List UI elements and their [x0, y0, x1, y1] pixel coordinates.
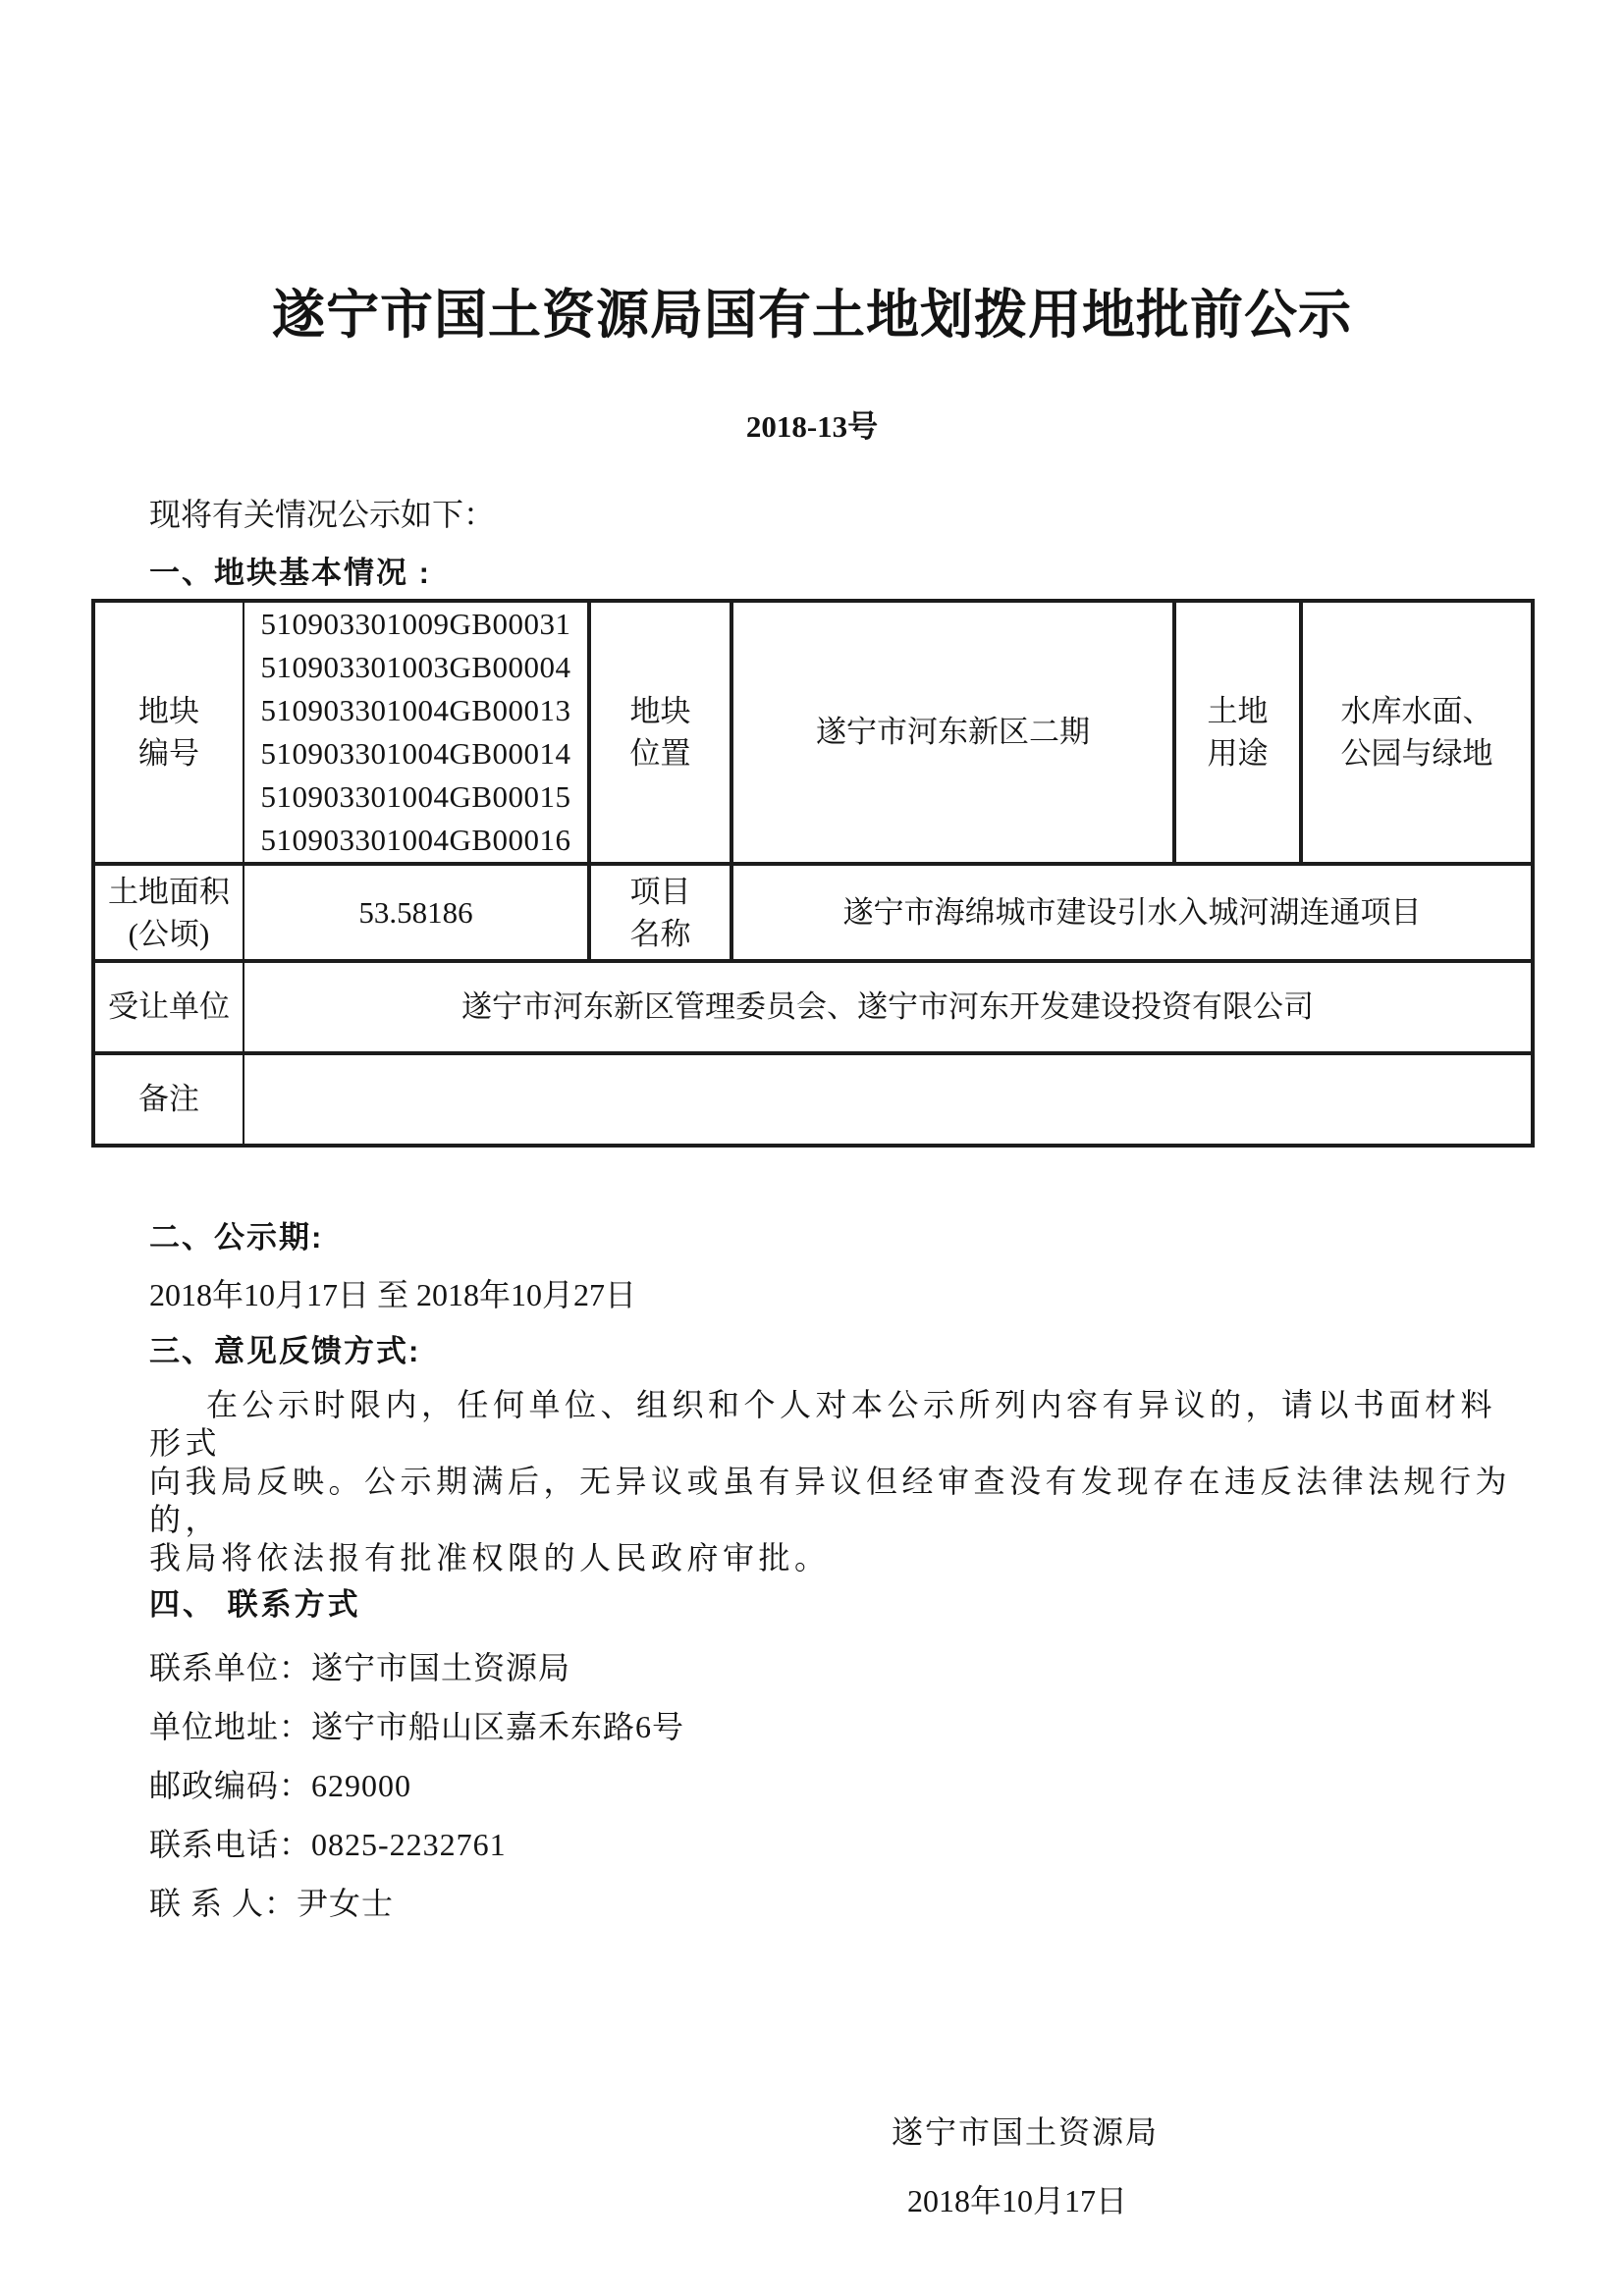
table-row-area-project: 土地面积 (公顷) 53.58186 项目 名称 遂宁市海绵城市建设引水入城河湖… [93, 864, 1533, 961]
project-name-label-line1: 项目 [597, 871, 724, 913]
plot-number-label-cell: 地块 编号 [93, 601, 244, 864]
plot-location-label-line1: 地块 [597, 690, 724, 732]
land-area-label-line2: (公顷) [101, 913, 237, 955]
table-row-remarks: 备注 [93, 1053, 1533, 1146]
contact-phone-label: 联系电话： [149, 1827, 311, 1862]
contact-unit-label: 联系单位： [149, 1650, 311, 1685]
plot-number-values-cell: 510903301009GB00031 510903301003GB00004 … [244, 601, 589, 864]
feedback-paragraph-line: 我局将依法报有批准权限的人民政府审批。 [149, 1539, 1524, 1577]
plot-location-label-line2: 位置 [597, 732, 724, 774]
contact-address-label: 单位地址： [149, 1709, 311, 1744]
notice-document-page: 遂宁市国土资源局国有土地划拨用地批前公示 2018-13号 现将有关情况公示如下… [0, 0, 1624, 2296]
project-name-label-line2: 名称 [597, 913, 724, 955]
table-row-plot: 地块 编号 510903301009GB00031 510903301003GB… [93, 601, 1533, 864]
plot-code: 510903301004GB00015 [250, 775, 581, 819]
feedback-paragraph-line: 向我局反映。公示期满后，无异议或虽有异议但经审查没有发现存在违反法律法规行为的， [149, 1463, 1524, 1539]
page-title: 遂宁市国土资源局国有土地划拨用地批前公示 [0, 285, 1624, 346]
feedback-paragraph: 在公示时限内，任何单位、组织和个人对本公示所列内容有异议的，请以书面材料形式 向… [149, 1386, 1524, 1577]
signature-organization: 遂宁市国土资源局 [892, 2110, 1624, 2154]
feedback-paragraph-line: 在公示时限内，任何单位、组织和个人对本公示所列内容有异议的，请以书面材料形式 [149, 1386, 1524, 1463]
section1-heading: 一、地块基本情况 : [149, 552, 1624, 595]
plot-number-label-line1: 地块 [101, 690, 237, 732]
transferee-label-cell: 受让单位 [93, 961, 244, 1053]
contact-person-label: 联 系 人： [149, 1886, 297, 1921]
land-area-label-cell: 土地面积 (公顷) [93, 864, 244, 961]
land-area-label-line1: 土地面积 [101, 871, 237, 913]
land-info-table: 地块 编号 510903301009GB00031 510903301003GB… [91, 599, 1535, 1148]
section2-heading: 二、公示期: [149, 1216, 1624, 1259]
contact-person-value: 尹女士 [297, 1886, 394, 1921]
plot-code: 510903301003GB00004 [250, 646, 581, 689]
publicity-period: 2018年10月17日 至 2018年10月27日 [149, 1273, 1624, 1316]
signature-date: 2018年10月17日 [907, 2179, 1624, 2222]
plot-location-value-cell: 遂宁市河东新区二期 [731, 601, 1174, 864]
remarks-label-cell: 备注 [93, 1053, 244, 1146]
intro-text: 现将有关情况公示如下： [149, 493, 1624, 536]
doc-number: 2018-13号 [0, 406, 1624, 448]
plot-location-label-cell: 地块 位置 [589, 601, 731, 864]
contact-unit: 联系单位：遂宁市国土资源局 [149, 1646, 1624, 1689]
land-use-value-line1: 水库水面、 [1309, 690, 1525, 732]
land-use-label-line1: 土地 [1182, 690, 1293, 732]
project-name-label-cell: 项目 名称 [589, 864, 731, 961]
contact-unit-value: 遂宁市国土资源局 [311, 1650, 570, 1685]
remarks-value-cell [244, 1053, 1533, 1146]
section4-heading: 四、 联系方式 [149, 1583, 1624, 1627]
plot-code: 510903301004GB00016 [250, 819, 581, 862]
transferee-value-cell: 遂宁市河东新区管理委员会、遂宁市河东开发建设投资有限公司 [244, 961, 1533, 1053]
land-use-label-cell: 土地 用途 [1174, 601, 1301, 864]
land-use-value-cell: 水库水面、 公园与绿地 [1301, 601, 1533, 864]
signature-block: 遂宁市国土资源局 2018年10月17日 [0, 2110, 1624, 2222]
contact-list: 联系单位：遂宁市国土资源局 单位地址：遂宁市船山区嘉禾东路6号 邮政编码：629… [149, 1646, 1624, 1925]
contact-postcode-value: 629000 [311, 1768, 411, 1803]
land-use-value-line2: 公园与绿地 [1309, 732, 1525, 774]
contact-postcode: 邮政编码：629000 [149, 1764, 1624, 1807]
land-area-value-cell: 53.58186 [244, 864, 589, 961]
contact-phone: 联系电话：0825-2232761 [149, 1823, 1624, 1866]
land-use-label-line2: 用途 [1182, 732, 1293, 774]
contact-address: 单位地址：遂宁市船山区嘉禾东路6号 [149, 1705, 1624, 1748]
contact-postcode-label: 邮政编码： [149, 1768, 311, 1803]
table-row-transferee: 受让单位 遂宁市河东新区管理委员会、遂宁市河东开发建设投资有限公司 [93, 961, 1533, 1053]
plot-number-label-line2: 编号 [101, 732, 237, 774]
section3-heading: 三、意见反馈方式: [149, 1330, 1624, 1373]
plot-code: 510903301004GB00014 [250, 732, 581, 775]
project-name-value-cell: 遂宁市海绵城市建设引水入城河湖连通项目 [731, 864, 1533, 961]
contact-phone-value: 0825-2232761 [311, 1827, 507, 1862]
plot-code: 510903301009GB00031 [250, 603, 581, 646]
contact-address-value: 遂宁市船山区嘉禾东路6号 [311, 1709, 684, 1744]
contact-person: 联 系 人：尹女士 [149, 1882, 1624, 1925]
plot-code: 510903301004GB00013 [250, 689, 581, 732]
